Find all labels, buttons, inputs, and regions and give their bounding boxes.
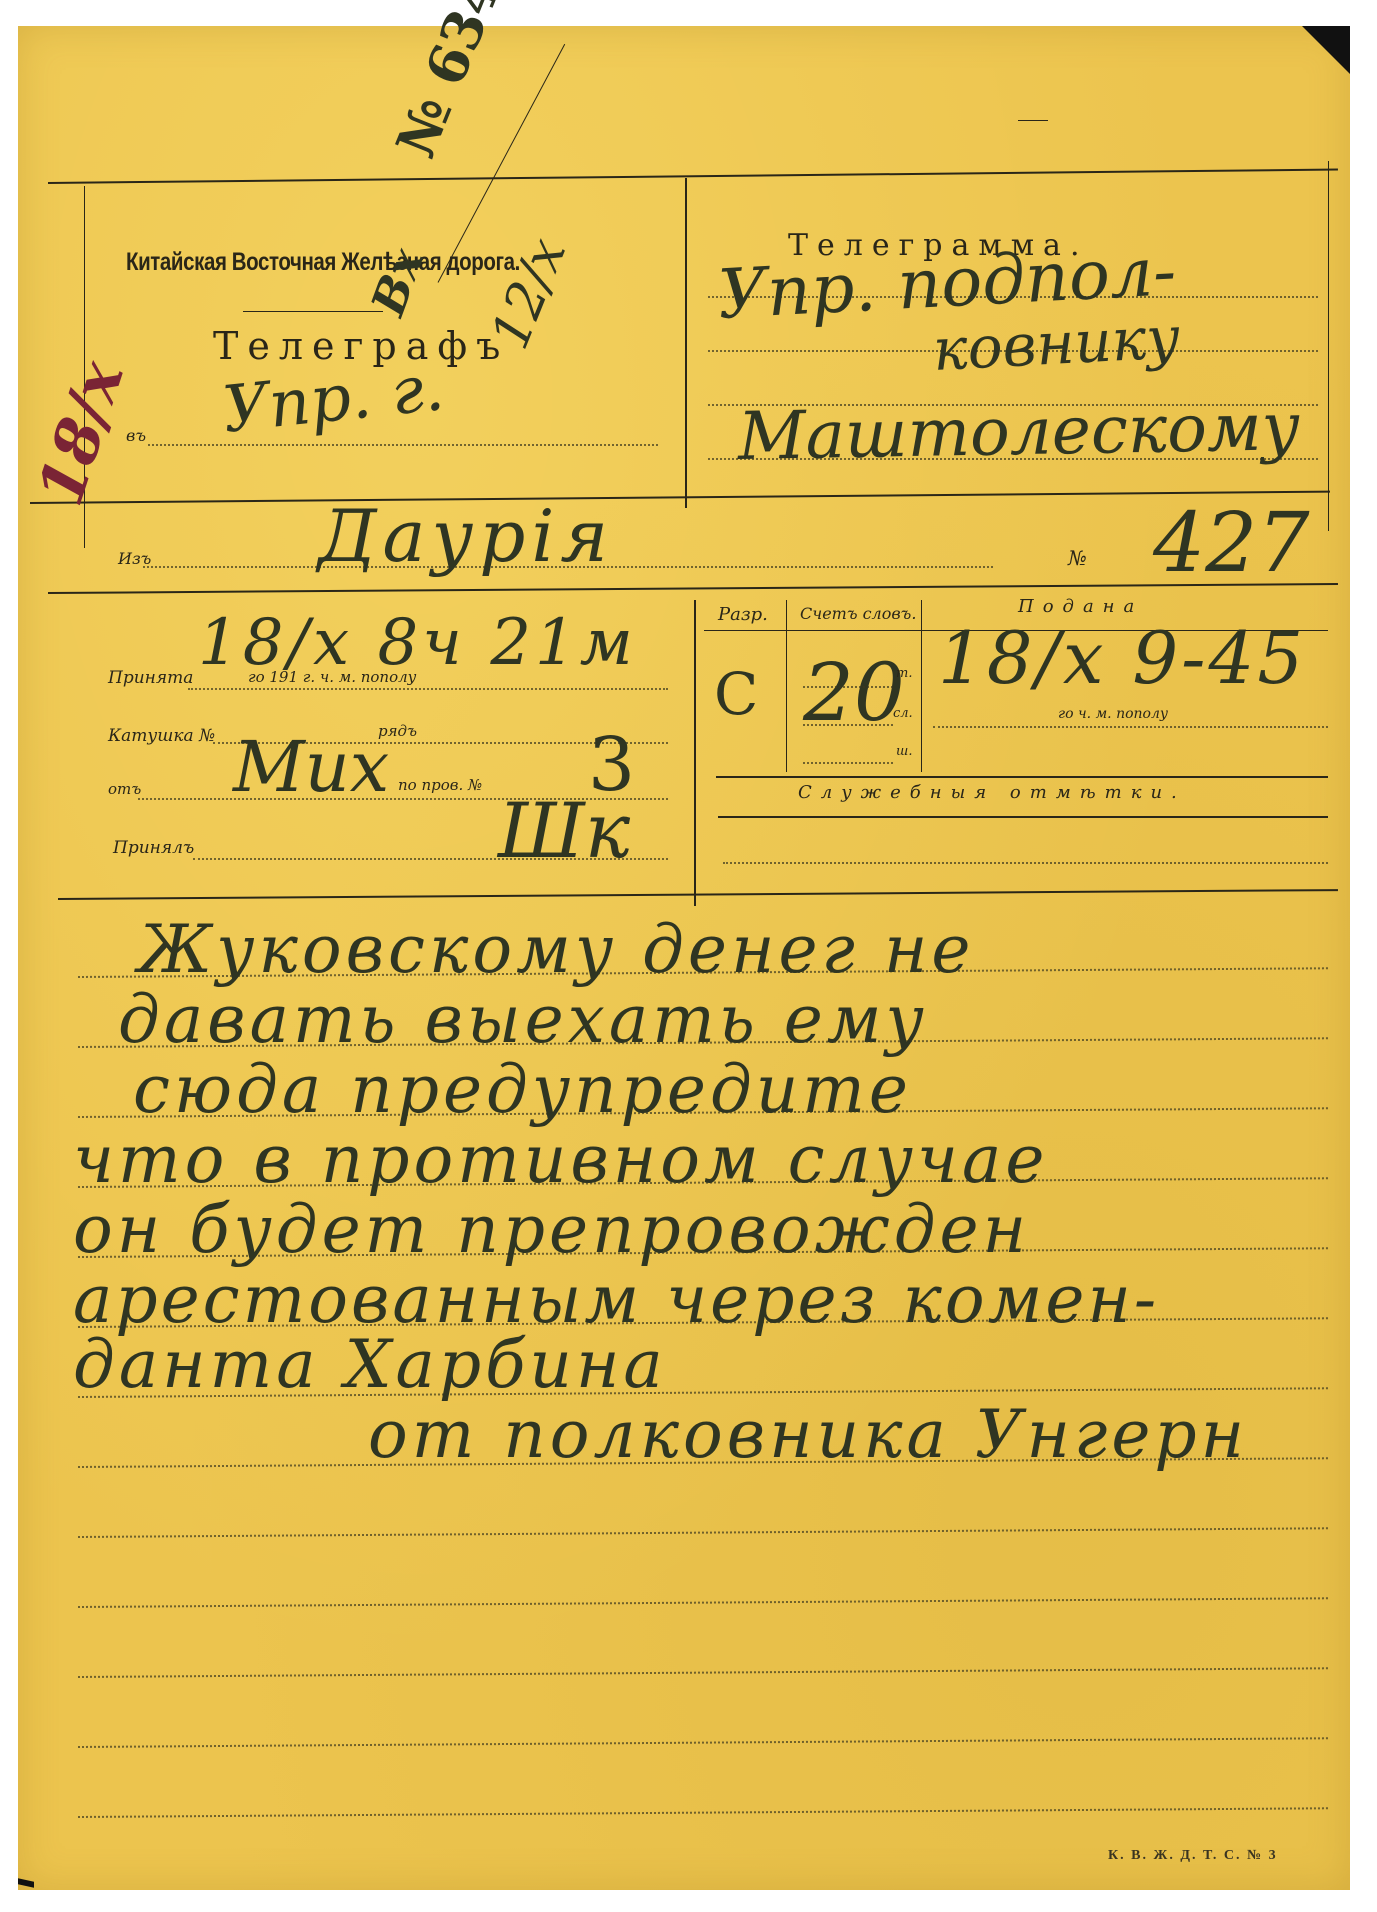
body-line-7: данта Харбина: [73, 1326, 667, 1403]
word-count-line-3: [803, 762, 893, 764]
body-line-8-signature: от полковника Унгерн: [368, 1396, 1248, 1473]
filed-template: го ч. м. пополу: [1058, 706, 1168, 722]
body-line-3: сюда предупредите: [133, 1051, 912, 1128]
filed-handwriting: 18/х 9-45: [938, 616, 1306, 700]
from-field-line: [148, 444, 658, 446]
body-line-5: он будет препровожден: [73, 1191, 1030, 1268]
service-notes-bottom-rule: [718, 816, 1328, 818]
accepted-line: [188, 688, 668, 690]
filed-line: [933, 726, 1328, 728]
service-notes-top-rule: [716, 776, 1328, 778]
number-label: №: [1068, 546, 1087, 570]
header-right-rule: [1328, 161, 1329, 531]
from-label: въ: [126, 426, 146, 445]
filing-col-divider-2: [921, 600, 922, 772]
body-line-2: давать выехать ему: [118, 981, 928, 1058]
addressee-text-2: ковнику: [931, 303, 1181, 384]
from-station-label: отъ: [108, 780, 141, 798]
accepted-label: Принята: [108, 668, 193, 688]
service-notes-line-1: [723, 862, 1328, 864]
title-underline: [243, 311, 383, 312]
accepted-handwriting: 18/х 8ч 21м: [198, 606, 637, 680]
torn-corner-bottom: [18, 1878, 34, 1887]
source-handwriting: Даурія: [318, 494, 614, 578]
word-count-line-2: [803, 724, 893, 726]
torn-corner: [1302, 26, 1350, 74]
header-bottom-rule: [48, 583, 1338, 594]
railway-name: Китайская Восточная Желѣзная дорога.: [126, 248, 520, 277]
number-value: 427: [1153, 496, 1310, 591]
body-top-rule: [58, 889, 1338, 900]
word-count-sub-sl: сл.: [893, 706, 913, 721]
wire-label: по пров. №: [398, 776, 482, 794]
body-rule: [78, 1807, 1328, 1818]
category-header: Разр.: [718, 604, 768, 625]
reel-label: Катушка №: [108, 726, 215, 746]
body-line-4: что в противном случае: [73, 1121, 1048, 1198]
operator-handwriting: Мих: [233, 726, 389, 808]
header-divider: [685, 178, 687, 508]
body-rule: [78, 1597, 1328, 1608]
word-count-sub-t: т.: [896, 666, 912, 681]
body-rule: [78, 1527, 1328, 1538]
body-line-1: Жуковскому денег не: [138, 911, 974, 988]
source-top-rule: [30, 491, 1330, 504]
body-rule: [78, 1737, 1328, 1748]
reception-divider: [694, 600, 696, 906]
word-count-header: Счетъ словъ.: [800, 604, 916, 623]
header-top-rule: [48, 168, 1338, 184]
received-signature: Шк: [498, 786, 630, 875]
incoming-stamp-number: № 634: [383, 0, 514, 166]
telegram-paper: Китайская Восточная Желѣзная дорога. Тел…: [18, 26, 1350, 1890]
body-rule: [78, 1667, 1328, 1678]
form-code: К. В. Ж. Д. Т. С. № 3: [1108, 1848, 1278, 1864]
service-notes-label: Служебныя отмѣтки.: [798, 782, 1186, 803]
filing-col-divider-1: [786, 600, 787, 772]
red-pencil-mark: 18/х: [23, 352, 138, 513]
category-value: С: [714, 660, 758, 728]
received-label: Принялъ: [113, 838, 194, 858]
decorative-dash: [1018, 120, 1048, 121]
addressee-text-3: Маштолескому: [737, 388, 1300, 475]
word-count-sub-sh: ш.: [896, 744, 912, 759]
word-count-line-1: [803, 686, 893, 688]
filed-header: Подана: [1018, 596, 1143, 617]
